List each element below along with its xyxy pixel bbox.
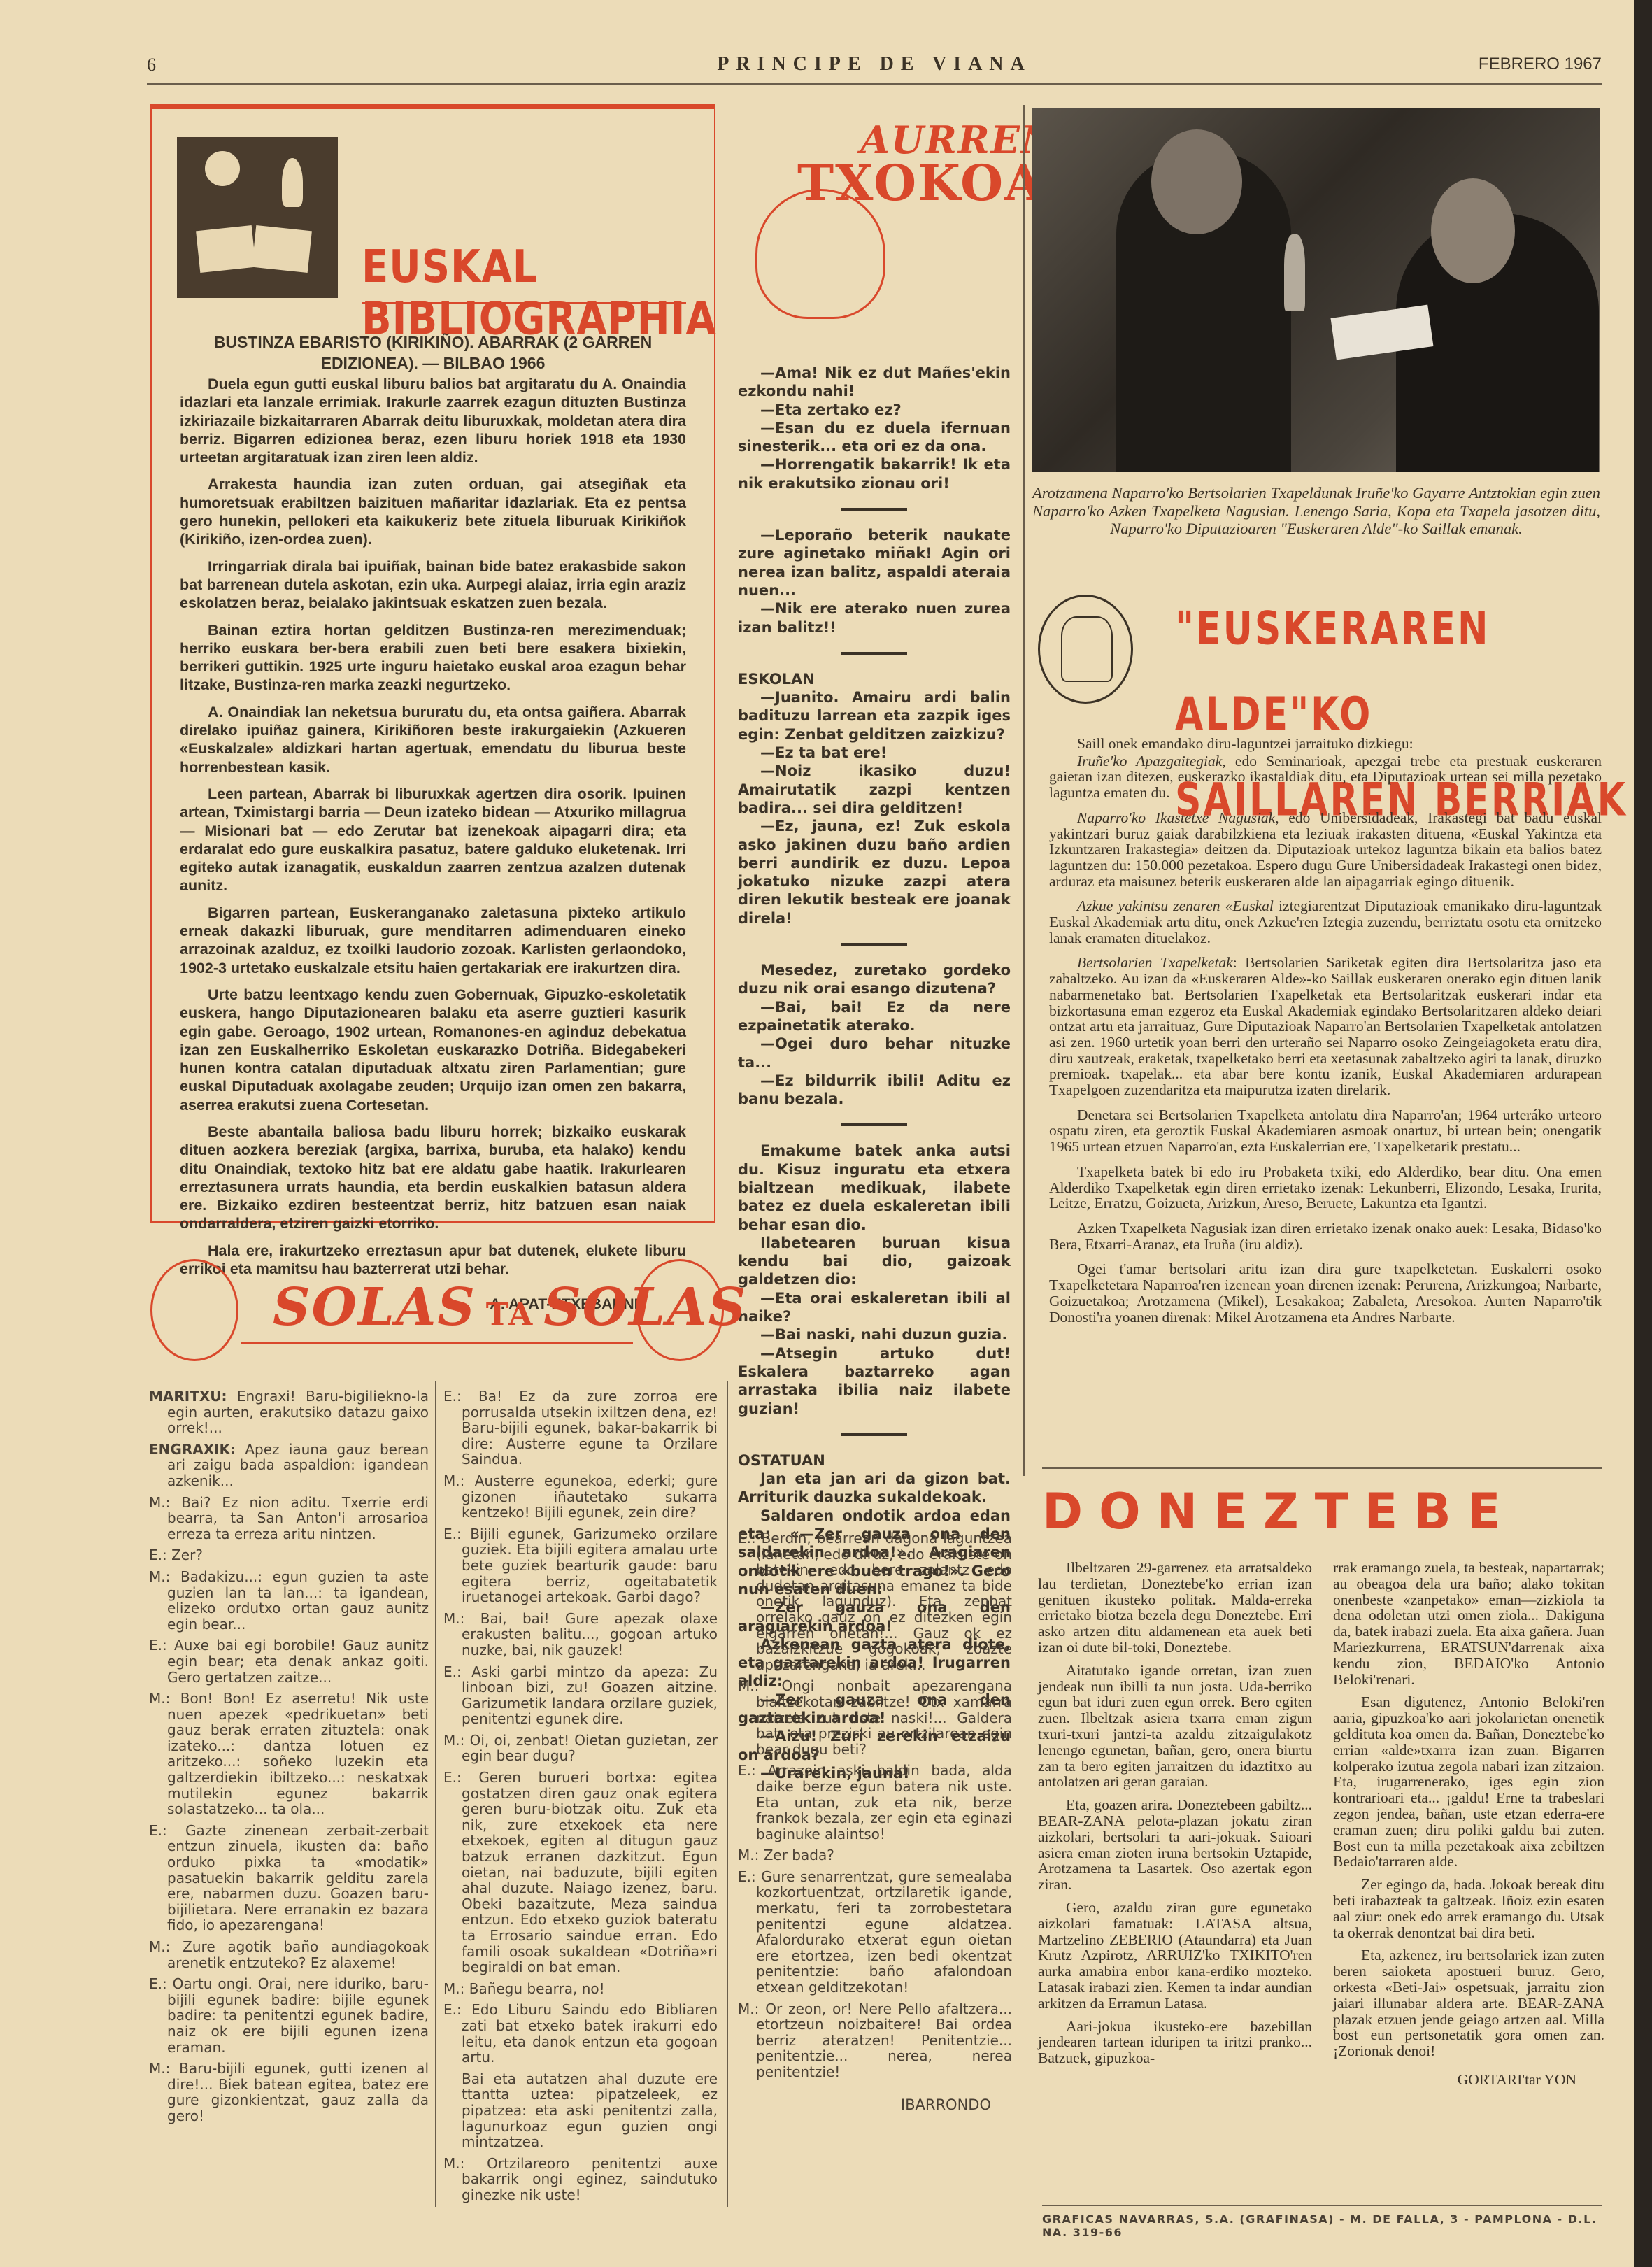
- joke-separator: [841, 1433, 907, 1436]
- joke-line: —Ez, jauna, ez! Zuk eskola asko jakinen …: [738, 817, 1011, 928]
- children-reading-icon: [755, 189, 885, 319]
- dialog-turn: E.: Bijili egunek, Garizumeko orzilare g…: [443, 1526, 718, 1605]
- section-title: EUSKAL BIBLIOGRAPHIA: [362, 241, 717, 346]
- paragraph: Duela egun gutti euskal liburu balios ba…: [180, 375, 686, 467]
- joke-line: —Ez ta bat ere!: [738, 744, 1011, 762]
- scan-edge: [1634, 0, 1652, 2267]
- author-signature: GORTARI'tar YON: [1333, 2072, 1576, 2088]
- page-header: 6 PRINCIPE DE VIANA FEBRERO 1967: [147, 49, 1602, 77]
- issue-date: FEBRERO 1967: [1479, 55, 1602, 74]
- paragraph: Bainan eztira hortan gelditzen Bustinza-…: [180, 621, 686, 695]
- section-rule: [1042, 1467, 1602, 1469]
- masthead: PRINCIPE DE VIANA: [147, 53, 1602, 76]
- paragraph: Ogei t'amar bertsolari aritu izan dira g…: [1049, 1261, 1602, 1325]
- paragraph: Denetara sei Bertsolarien Txapelketa ant…: [1049, 1107, 1602, 1155]
- joke-line: —Bai, bai! Ez da nere ezpainetatik atera…: [738, 998, 1011, 1035]
- paragraph: Iruñe'ko Apazgaitegiak, edo Seminarioak,…: [1049, 753, 1602, 801]
- paragraph: A. Onaindiak lan neketsua bururatu du, e…: [180, 703, 686, 776]
- joke-line: —Bai naski, nahi duzun guzia.: [738, 1326, 1011, 1344]
- dialog-turn: M.: Oi, oi, zenbat! Oietan guzietan, zer…: [443, 1733, 718, 1764]
- dialog-turn: E.: Oartu ongi. Orai, nere iduriko, baru…: [149, 1976, 429, 2055]
- dialog-column-1: MARITXU: Engraxi! Baru-bigiliekno-la egi…: [149, 1388, 429, 2130]
- dialog-turn: ENGRAXIK: Apez iauna gauz berean ari zai…: [149, 1442, 429, 1489]
- solas-banner: SOLASTASOLAS: [150, 1252, 724, 1371]
- paragraph: Txapelketa batek bi edo iru Probaketa tx…: [1049, 1164, 1602, 1211]
- paragraph: rrak eramango zuela, ta besteak, naparta…: [1333, 1560, 1604, 1687]
- joke-line: —Atsegin artuko dut! Eskalera baztarreko…: [738, 1344, 1011, 1418]
- dialog-column-2: E.: Ba! Ez da zure zorroa ere porrusalda…: [443, 1388, 718, 2209]
- review-body: Duela egun gutti euskal liburu balios ba…: [180, 375, 686, 1322]
- paragraph: Eta, azkenez, iru bertsolariek izan zute…: [1333, 1947, 1604, 2059]
- joke-line: Mesedez, zuretako gordeko duzu nik orai …: [738, 961, 1011, 998]
- dialog-turn: M.: Ongi nonbait apezarengana bialtzekot…: [738, 1678, 1012, 1757]
- joke-separator: [841, 508, 907, 511]
- column-divider: [727, 1381, 728, 2207]
- joke-line: —Noiz ikasiko duzu! Amairutatik zazpi ke…: [738, 762, 1011, 817]
- header-rule: [147, 83, 1602, 85]
- dialog-turn: M.: Baru-bijili egunek, gutti izenen al …: [149, 2061, 429, 2124]
- title-line1: "EUSKERAREN ALDE"KO: [1175, 586, 1652, 758]
- paragraph: Azken Txapelketa Nagusiak izan diren err…: [1049, 1221, 1602, 1252]
- dialog-continuation: Bai eta autatzen ahal duzute ere ttantta…: [462, 2071, 718, 2150]
- joke-heading: ESKOLAN: [738, 670, 1011, 688]
- dialog-turn: E.: Geren burueri bortxa: egitea gostatz…: [443, 1770, 718, 1975]
- paragraph: Naparro'ko Ikastetxe Nagusiak, edo Unibe…: [1049, 810, 1602, 890]
- doneztebe-title: DONEZTEBE: [1042, 1483, 1609, 1540]
- dialog-turn: M.: Bon! Bon! Ez aserretu! Nik uste nuen…: [149, 1691, 429, 1817]
- bibliographia-box: EUSKAL BIBLIOGRAPHIA BUSTINZA EBARISTO (…: [150, 104, 715, 1223]
- joke-line: Ilabetearen buruan kisua kendu bai dio, …: [738, 1234, 1011, 1289]
- dialog-turn: M.: Badakizu...: egun guzien ta aste guz…: [149, 1569, 429, 1632]
- paragraph: Gero, azaldu ziran gure egunetako aizkol…: [1038, 1900, 1312, 2012]
- photo-caption: Arotzamena Naparro'ko Bertsolarien Txape…: [1032, 484, 1600, 538]
- joke-line: —Ogei duro behar nituzke ta...: [738, 1035, 1011, 1072]
- dialog-turn: E.: Ba! Ez da zure zorroa ere porrusalda…: [443, 1388, 718, 1467]
- paragraph: Aari-jokua ikusteko-ere bazebillan jende…: [1038, 2019, 1312, 2066]
- dialog-turn: E.: Arrazoin aski baldin bada, alda daik…: [738, 1763, 1012, 1842]
- dialog-column-3: E.: Berdin, bearrean dagona laguntzea (l…: [738, 1530, 1012, 2112]
- doneztebe-column-2: rrak eramango zuela, ta besteak, naparta…: [1333, 1560, 1604, 2095]
- doneztebe-column-1: Ilbeltzaren 29-garrenez eta arratsaldeko…: [1038, 1560, 1312, 2073]
- joke-separator: [841, 943, 907, 946]
- column-divider: [1027, 1546, 1027, 2210]
- dialog-turn: E.: Gazte zinenean zerbait-zerbait entzu…: [149, 1823, 429, 1933]
- book-reference: BUSTINZA EBARISTO (KIRIKIÑO). ABARRAK (2…: [180, 332, 686, 374]
- joke-line: —Ama! Nik ez dut Mañes'ekin ezkondu nahi…: [738, 364, 1011, 401]
- joke-line: —Eta zertako ez?: [738, 401, 1011, 419]
- dialog-turn: MARITXU: Engraxi! Baru-bigiliekno-la egi…: [149, 1388, 429, 1436]
- dialog-turn: M.: Or zeon, or! Nere Pello afaltzera...…: [738, 2001, 1012, 2080]
- joke-line: Jan eta jan ari da gizon bat. Arriturik …: [738, 1470, 1011, 1507]
- dialog-turn: M.: Bañegu bearra, no!: [443, 1981, 718, 1997]
- paragraph: Ilbeltzaren 29-garrenez eta arratsaldeko…: [1038, 1560, 1312, 1656]
- paragraph: Aitatutako igande orretan, izan zuen jen…: [1038, 1663, 1312, 1790]
- dialog-turn: E.: Edo Liburu Saindu edo Bibliaren zati…: [443, 2002, 718, 2065]
- dialog-turn: M.: Austerre egunekoa, ederki; gure gizo…: [443, 1473, 718, 1521]
- joke-heading: OSTATUAN: [738, 1451, 1011, 1470]
- joke-line: Emakume batek anka autsi du. Kisuz ingur…: [738, 1142, 1011, 1233]
- dialog-turn: M.: Bai? Ez nion aditu. Txerrie erdi bea…: [149, 1495, 429, 1542]
- dialog-turn: M.: Zer bada?: [738, 1847, 1012, 1863]
- paragraph: Zer egingo da, bada. Jokoak bereak ditu …: [1333, 1877, 1604, 1940]
- dialog-turn: M.: Bai, bai! Gure apezak olaxe erakuste…: [443, 1611, 718, 1658]
- award-ceremony-photo: [1032, 108, 1600, 472]
- paragraph: Beste abantaila baliosa badu liburu horr…: [180, 1123, 686, 1233]
- joke-line: —Nik ere aterako nuen zurea izan balitz!…: [738, 599, 1011, 637]
- joke-line: —Horrengatik bakarrik! Ik eta nik erakut…: [738, 455, 1011, 492]
- joke-separator: [841, 1123, 907, 1126]
- paragraph: Esan digutenez, Antonio Beloki'ren aaria…: [1333, 1694, 1604, 1870]
- joke-separator: [841, 652, 907, 655]
- joke-line: —Ez bildurrik ibili! Aditu ez banu bezal…: [738, 1072, 1011, 1109]
- dialog-turn: E.: Zer?: [149, 1547, 429, 1563]
- trophy-icon: [1284, 234, 1305, 311]
- intro: Saill onek emandako diru-laguntzei jarra…: [1049, 736, 1602, 752]
- paragraph: Urte batzu leentxago kendu zuen Gobernua…: [180, 986, 686, 1114]
- paragraph: Bigarren partean, Euskeranganako zaletas…: [180, 904, 686, 977]
- printer-imprint: GRAFICAS NAVARRAS, S.A. (GRAFINASA) - M.…: [1042, 2212, 1602, 2239]
- paragraph: Irringarriak dirala bai ipuiñak, bainan …: [180, 557, 686, 613]
- dialog-turn: M.: Zure agotik baño aundiagokoak arenet…: [149, 1939, 429, 1970]
- column-divider: [1023, 105, 1025, 1476]
- joke-line: —Eta orai eskaleretan ibili al naike?: [738, 1289, 1011, 1326]
- title-underline: [362, 302, 686, 304]
- dialog-turn: M.: Ortzilareoro penitentzi auxe bakarri…: [443, 2156, 718, 2203]
- books-lamp-illustration-icon: [177, 137, 338, 298]
- dialog-turn: E.: Auxe bai egi borobile! Gauz aunitz e…: [149, 1637, 429, 1685]
- joke-line: —Juanito. Amairu ardi balin badituzu lar…: [738, 688, 1011, 744]
- paragraph: Bertsolarien Txapelketak: Bertsolarien S…: [1049, 955, 1602, 1097]
- dialog-turn: E.: Berdin, bearrean dagona laguntzea (l…: [738, 1530, 1012, 1672]
- dialog-turn: E.: Aski garbi mintzo da apeza: Zu linbo…: [443, 1664, 718, 1727]
- paragraph: Arrakesta haundia izan zuten orduan, gai…: [180, 475, 686, 548]
- footer-rule: [1042, 2205, 1602, 2206]
- old-man-face-icon: [150, 1259, 238, 1361]
- joke-line: —Leporaño beterik naukate zure aginetako…: [738, 526, 1011, 599]
- paragraph: Azkue yakintsu zenaren «Euskal iztegiare…: [1049, 898, 1602, 946]
- joke-line: —Esan du ez duela ifernuan sinesterik...…: [738, 419, 1011, 456]
- institution-seal-icon: [1038, 595, 1133, 704]
- txokoa-header: AURREN TXOKOA: [755, 112, 1014, 329]
- author-signature: IBARRONDO: [738, 2097, 991, 2113]
- solas-title: SOLASTASOLAS: [273, 1277, 747, 1337]
- dialog-turn: E.: Gure senarrentzat, gure semealaba ko…: [738, 1869, 1012, 1996]
- column-divider: [435, 1381, 436, 2207]
- paragraph: Leen partean, Abarrak bi liburuxkak ager…: [180, 785, 686, 895]
- paragraph: Eta, goazen arira. Doneztebeen gabiltz..…: [1038, 1797, 1312, 1893]
- euskeraren-body: Saill onek emandako diru-laguntzei jarra…: [1049, 736, 1602, 1334]
